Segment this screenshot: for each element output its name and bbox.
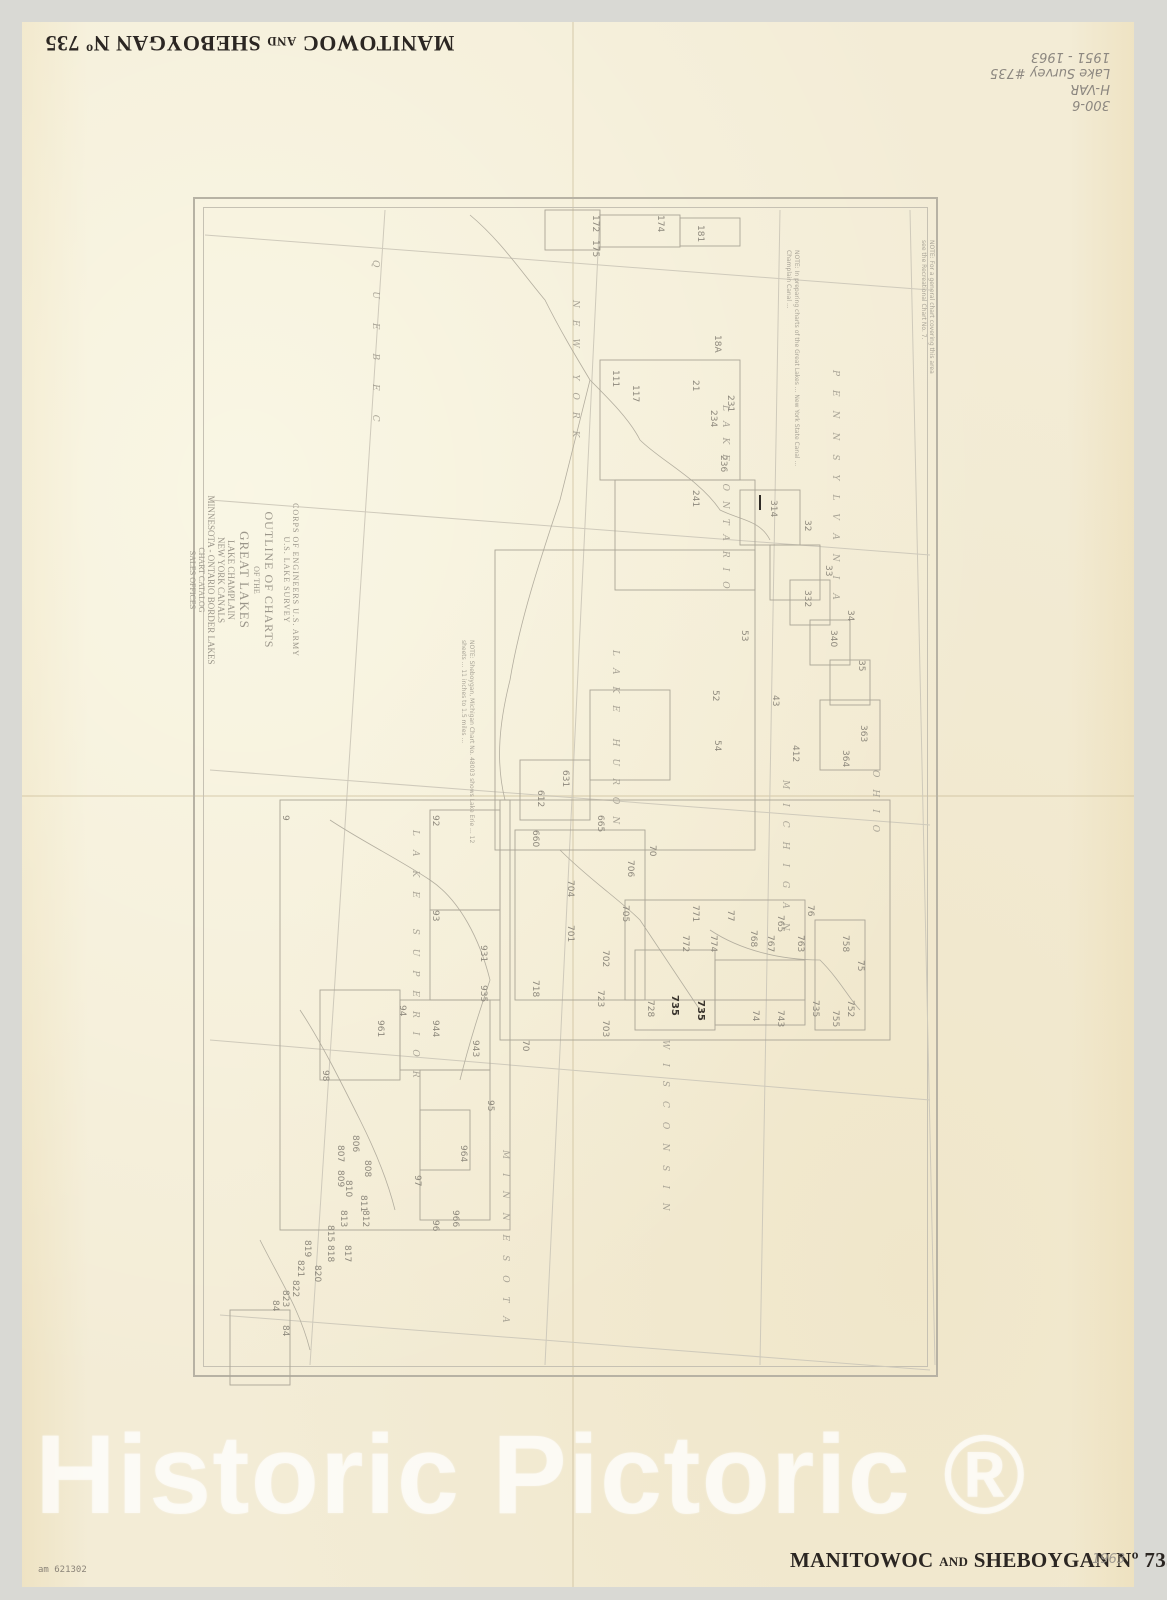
chart-number: 54 [712,740,722,751]
chart-number: 701 [565,925,575,942]
chart-number: 175 [590,240,600,257]
chart-number: 755 [830,1010,840,1027]
chart-number: 665 [595,815,605,832]
chart-number: 931 [478,945,488,962]
chart-number: 768 [748,930,758,947]
note-text: In preparing charts of the Great Lakes .… [785,250,800,466]
chart-number: 771 [690,905,700,922]
chart-number: 818 [325,1245,335,1262]
chart-number: 32 [802,520,812,531]
chart-number: 944 [430,1020,440,1037]
chart-number: 43 [770,695,780,706]
catalog-id: am 621302 [38,1565,87,1575]
map-subtitle-1: LAKE CHAMPLAIN [226,440,236,720]
map-title-block: CORPS OF ENGINEERS U.S. ARMY U.S. LAKE S… [188,440,300,720]
chart-number: 812 [360,1210,370,1227]
chart-number: 822 [290,1280,300,1297]
chart-number: 84 [280,1325,290,1336]
watermark: Historic Pictoric ® [35,1410,1135,1539]
chart-number: 236 [718,455,728,472]
chart-number: 35 [856,660,866,671]
chart-number: 943 [470,1040,480,1057]
chart-number: 961 [375,1020,385,1037]
chart-number: 34 [845,610,855,621]
chart-number: 241 [690,490,700,507]
region-label-lake-ontario: LAKE ONTARIO [720,405,730,599]
region-label-wisconsin: WISCONSIN [660,1040,670,1225]
chart-number: 364 [840,750,850,767]
catalog-label: CHART CATALOG [197,440,206,720]
chart-number: 806 [350,1135,360,1152]
chart-number-735-highlighted: 735 [695,1000,706,1021]
note-label: NOTE [793,250,800,267]
chart-number: 815 [325,1225,335,1242]
chart-number: 807 [335,1145,345,1162]
region-label-pennsylvania: PENNSYLVANIA [830,370,840,614]
map-title: OUTLINE OF CHARTS [261,440,276,720]
chart-number: 74 [750,1010,760,1021]
chart-number: 93 [430,910,440,921]
chart-number: 111 [610,370,620,387]
chart-number: 935 [478,985,488,1002]
chart-number: 75 [855,960,865,971]
chart-number: 340 [828,630,838,647]
chart-number: 98 [320,1070,330,1081]
map-subtitle-3: MINNESOTA - ONTARIO BORDER LAKES [206,440,216,720]
chart-number: 808 [362,1160,372,1177]
chart-number: 631 [560,770,570,787]
chart-number: 9 [280,815,290,821]
pencil-year: 1963 [1092,1552,1125,1567]
chart-number: 705 [620,905,630,922]
chart-number: 52 [710,690,720,701]
chart-number: 18A [712,335,722,353]
title-and: AND [939,1554,968,1569]
agency-top: CORPS OF ENGINEERS U.S. ARMY [291,440,300,720]
chart-number: 772 [680,935,690,952]
chart-number: 660 [530,830,540,847]
chart-number: 743 [775,1010,785,1027]
chart-number: 813 [338,1210,348,1227]
map-note-1: NOTE: Sheboygan, Michigan Chart No. 4800… [459,640,475,860]
sales-offices-label: SALES OFFICES [188,440,197,720]
map-note-2: NOTE: In preparing charts of the Great L… [784,250,800,470]
region-label-lake-huron: LAKE HURON [610,650,620,836]
region-label-new-york: NEW YORK [570,300,580,449]
chart-number: 95 [485,1100,495,1111]
chart-number: 231 [725,395,735,412]
chart-number: 70 [520,1040,530,1051]
chart-number: 821 [295,1260,305,1277]
chart-number: 84 [270,1300,280,1311]
chart-number: 117 [630,385,640,402]
note-label: NOTE [468,640,475,657]
chart-number: 728 [645,1000,655,1017]
chart-number: 33 [823,565,833,576]
note-text: For a general chart covering this area s… [920,240,935,374]
chart-number: 810 [343,1180,353,1197]
region-label-quebec: QUEBEC [370,260,380,446]
chart-number: 612 [535,790,545,807]
chart-index-map [0,0,1167,1600]
chart-number: 53 [739,630,749,641]
chart-number: 234 [708,410,718,427]
chart-number: 70 [647,845,657,856]
chart-number: 723 [595,990,605,1007]
chart-number: 96 [430,1220,440,1231]
chart-number: 704 [565,880,575,897]
chart-number: 21 [690,380,700,391]
chart-number: 412 [790,745,800,762]
chart-number: 774 [708,935,718,952]
chart-number: 332 [802,590,812,607]
note-text: Sheboygan, Michigan Chart No. 48003 show… [460,640,475,843]
chart-number: 819 [302,1240,312,1257]
chart-number: 174 [655,215,665,232]
chart-number: 820 [312,1265,322,1282]
chart-number: 314 [768,500,778,517]
chart-number: 966 [450,1210,460,1227]
chart-number: 758 [840,935,850,952]
chart-number: 765 [775,915,785,932]
title-suffix: SHEBOYGAN Nº 735 [974,1548,1167,1572]
map-subtitle-2: NEW YORK CANALS [216,440,226,720]
chart-number: 964 [458,1145,468,1162]
title-prefix: MANITOWOC [790,1548,934,1572]
chart-number: 752 [845,1000,855,1017]
region-label-lake-superior: LAKE SUPERIOR [410,830,420,1092]
map-title-of: OF THE [252,440,261,720]
chart-number: 823 [280,1290,290,1307]
note-label: NOTE [928,240,935,257]
chart-number: 718 [530,980,540,997]
chart-number: 702 [600,950,610,967]
map-title-main: GREAT LAKES [236,440,252,720]
chart-number: 97 [412,1175,422,1186]
chart-number: 735 [810,1000,820,1017]
chart-number: 92 [430,815,440,826]
chart-number: 703 [600,1020,610,1037]
chart-number: 363 [858,725,868,742]
agency-name: U.S. LAKE SURVEY [282,440,291,720]
chart-number: 767 [765,935,775,952]
region-label-minnesota: MINNESOTA [500,1150,510,1337]
chart-number: 94 [397,1005,407,1016]
chart-number: 763 [795,935,805,952]
chart-number: 76 [805,905,815,916]
chart-number: 181 [695,225,705,242]
chart-number: 706 [625,860,635,877]
chart-number: 172 [590,215,600,232]
chart-number: 77 [725,910,735,921]
chart-number: 817 [342,1245,352,1262]
region-label-ohio: OHIO [870,770,880,844]
map-note-3: NOTE: For a general chart covering this … [919,240,935,380]
chart-number-735-highlighted: 735 [669,995,680,1016]
